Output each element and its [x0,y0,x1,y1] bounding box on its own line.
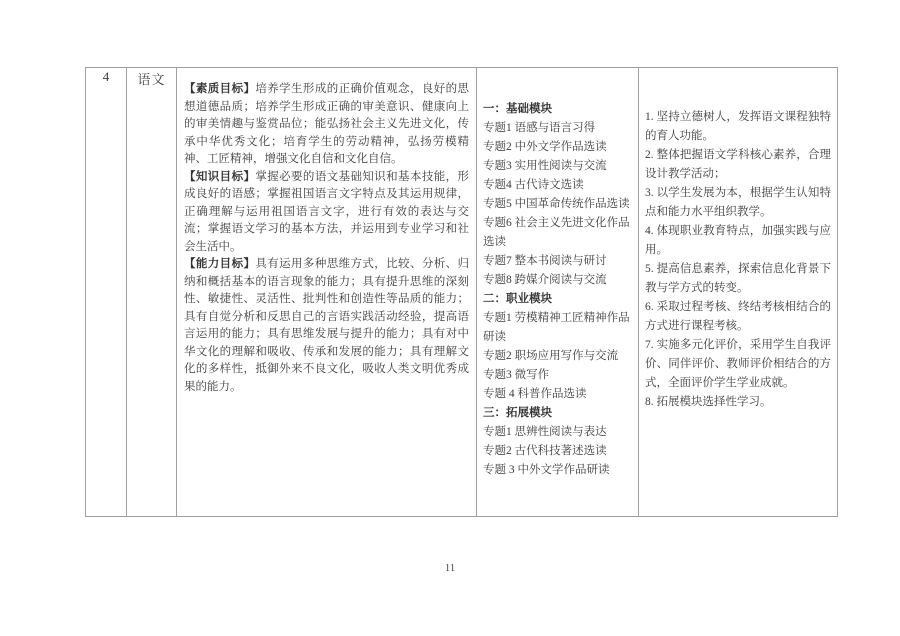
objective-text: 具有运用多种思维方式，比较、分析、归纳和概括基本的语言现象的能力；具有提升思维的… [184,258,469,393]
requirement-item: 2. 整体把握语文学科核心素养，合理设计教学活动； [645,146,831,184]
table-row: 4 语文 【素质目标】培养学生形成的正确价值观念，良好的思想道德品质；培养学生形… [86,68,838,517]
requirement-item: 5. 提高信息素养，探索信息化背景下教与学方式的转变。 [645,260,831,298]
objective-label: 【能力目标】 [184,258,255,270]
module-item: 专题1 劳模精神工匠精神作品研读 [483,309,635,347]
module-item: 专题 4 科普作品选读 [483,385,635,404]
subject-cell: 语文 [127,68,177,517]
objective-paragraph: 【知识目标】掌握必要的语文基础知识和基本技能，形成良好的语感；掌握祖国语言文字特… [184,169,469,257]
module-item: 专题3 微写作 [483,366,635,385]
module-item: 专题2 中外文学作品选读 [483,138,635,157]
objective-label: 【知识目标】 [184,171,255,183]
objective-text: 培养学生形成的正确价值观念，良好的思想道德品质；培养学生形成正确的审美意识、健康… [184,83,469,165]
document-page: 4 语文 【素质目标】培养学生形成的正确价值观念，良好的思想道德品质；培养学生形… [0,0,900,636]
module-item: 专题1 语感与语言习得 [483,119,635,138]
objective-label: 【素质目标】 [184,83,255,95]
module-item: 专题2 古代科技著述选读 [483,442,635,461]
modules-cell: 一：基础模块 专题1 语感与语言习得 专题2 中外文学作品选读 专题3 实用性阅… [477,68,639,517]
module-item: 专题 3 中外文学作品研读 [483,461,635,480]
module-item: 专题7 整本书阅读与研讨 [483,252,635,271]
module-group-heading: 一：基础模块 [483,100,635,119]
requirement-item: 3. 以学生发展为本，根据学生认知特点和能力水平组织教学。 [645,184,831,222]
page-number: 11 [0,562,900,574]
course-table: 4 语文 【素质目标】培养学生形成的正确价值观念，良好的思想道德品质；培养学生形… [85,67,838,517]
module-item: 专题6 社会主义先进文化作品选读 [483,214,635,252]
subject-label: 语文 [137,72,165,87]
module-item: 专题5 中国革命传统作品选读 [483,195,635,214]
module-item: 专题8 跨媒介阅读与交流 [483,271,635,290]
requirement-item: 6. 采取过程考核、终结考核相结合的方式进行课程考核。 [645,298,831,336]
requirement-item: 4. 体现职业教育特点，加强实践与应用。 [645,222,831,260]
requirement-item: 8. 拓展模块选择性学习。 [645,393,831,412]
row-index: 4 [103,69,110,84]
row-index-cell: 4 [86,68,127,517]
objective-paragraph: 【素质目标】培养学生形成的正确价值观念，良好的思想道德品质；培养学生形成正确的审… [184,81,469,169]
objectives-cell: 【素质目标】培养学生形成的正确价值观念，良好的思想道德品质；培养学生形成正确的审… [177,68,477,517]
requirement-item: 1. 坚持立德树人，发挥语文课程独特的育人功能。 [645,108,831,146]
module-item: 专题2 职场应用写作与交流 [483,347,635,366]
module-group-heading: 三：拓展模块 [483,404,635,423]
objective-paragraph: 【能力目标】具有运用多种思维方式，比较、分析、归纳和概括基本的语言现象的能力；具… [184,256,469,396]
module-item: 专题4 古代诗文选读 [483,176,635,195]
module-item: 专题1 思辨性阅读与表达 [483,423,635,442]
requirements-cell: 1. 坚持立德树人，发挥语文课程独特的育人功能。 2. 整体把握语文学科核心素养… [639,68,838,517]
module-group-heading: 二：职业模块 [483,290,635,309]
module-item: 专题3 实用性阅读与交流 [483,157,635,176]
requirement-item: 7. 实施多元化评价，采用学生自我评价、同伴评价、教师评价相结合的方式，全面评价… [645,336,831,393]
